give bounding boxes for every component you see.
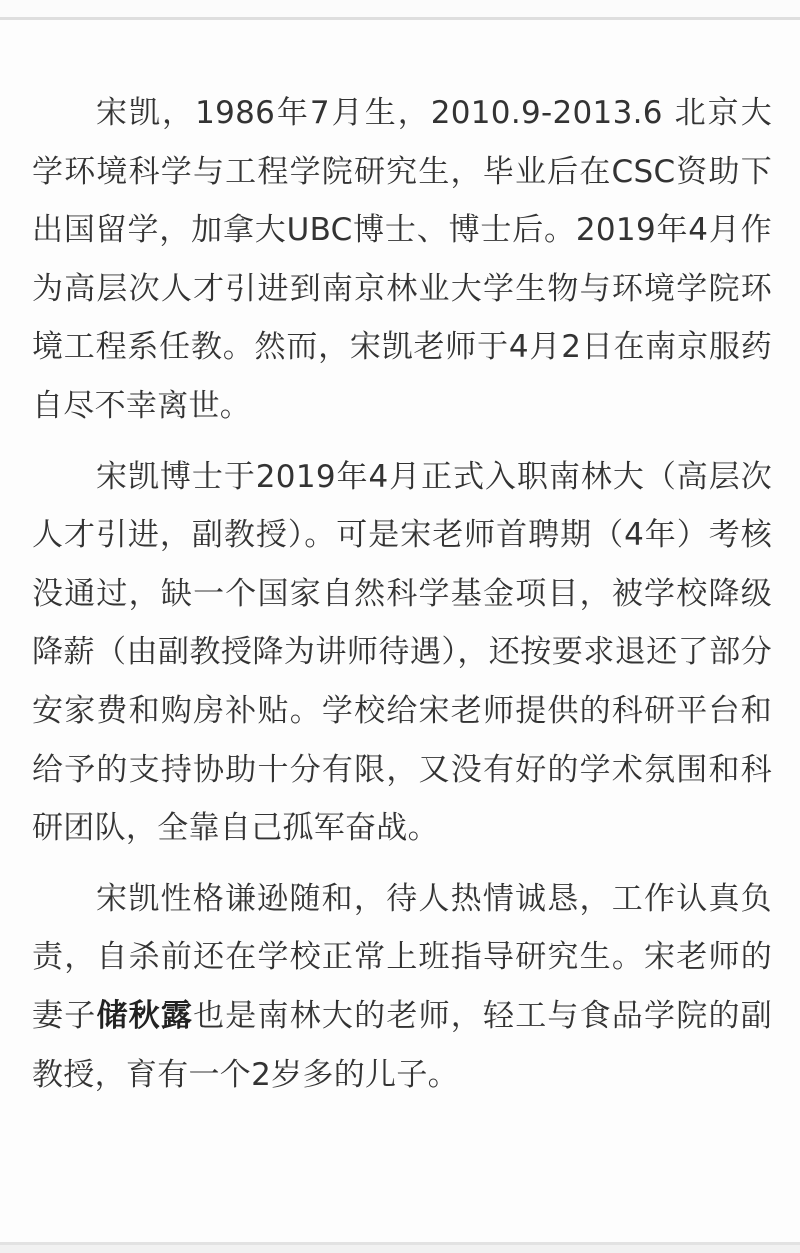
top-background-band: [0, 0, 800, 17]
paragraph-1: 宋凯，1986年7月生，2010.9-2013.6 北京大学环境科学与工程学院研…: [32, 84, 772, 436]
highlighted-name: 储秋露: [96, 998, 193, 1034]
paragraph-2: 宋凯博士于2019年4月正式入职南林大（高层次人才引进，副教授）。可是宋老师首聘…: [32, 448, 772, 858]
article-body: 宋凯，1986年7月生，2010.9-2013.6 北京大学环境科学与工程学院研…: [32, 84, 772, 1118]
bottom-background-band: [0, 1245, 800, 1253]
paragraph-3: 宋凯性格谦逊随和，待人热情诚恳，工作认真负责，自杀前还在学校正常上班指导研究生。…: [32, 870, 772, 1104]
